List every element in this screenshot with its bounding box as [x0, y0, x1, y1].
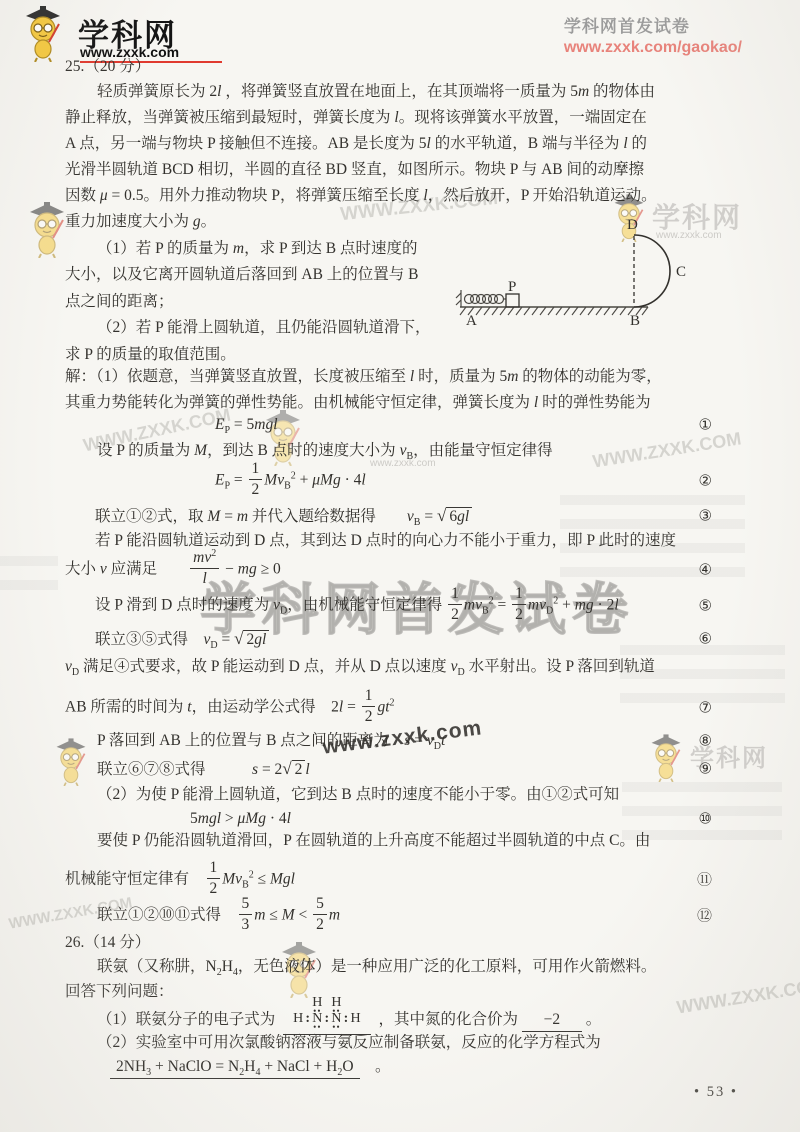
text-line: 回答下列问题： — [65, 981, 712, 1002]
exam-paper-page: 学科网 www.zxxk.com 学科网首发试卷 www.zxxk.com/ga… — [0, 0, 800, 1132]
electron-dot-formula: HH••••H:N:N:H•••• — [283, 998, 371, 1035]
equation-number: ⑧ — [699, 730, 712, 751]
mascot-watermark-icon — [26, 200, 68, 258]
equation-number: ⑤ — [699, 596, 712, 617]
text-line: 光滑半圆轨道 BCD 相切，半圆的直径 BD 竖直，如图所示。物块 P 与 AB… — [65, 159, 712, 180]
electron-dot-cell — [342, 998, 351, 1008]
electron-dot-cell — [351, 1024, 361, 1030]
electron-dot-cell — [293, 1024, 303, 1030]
equation-number: ③ — [699, 506, 712, 527]
electron-dot-cell: H — [351, 1014, 361, 1024]
q26-p1-end: 。 — [586, 1011, 602, 1028]
mascot-watermark — [53, 737, 89, 791]
equation-line: 大小 v 应满足 mv2l − mg ≥ 0④ — [65, 552, 712, 588]
logo-mascot-icon — [22, 4, 64, 67]
mascot-watermark-icon — [53, 737, 89, 786]
text-line: vD 满足④式要求，故 P 能运动到 D 点，并从 D 点以速度 vD 水平射出… — [65, 656, 712, 677]
text-line: 因数 μ = 0.5。用外力推动物块 P，将弹簧压缩至长度 l，然后放开，P 开… — [65, 185, 712, 206]
equation-number: ④ — [699, 560, 712, 581]
equation-line: 设 P 滑到 D 点时的速度为 vD，由机械能守恒定律得 12mvB2 = 12… — [95, 588, 712, 624]
text-line: 联氨（又称肼，N2H4，无色液体）是一种应用广泛的化工原料，可用作火箭燃料。 — [97, 956, 712, 977]
electron-dot-cell: : — [303, 1014, 312, 1024]
text-line: 若 P 能沿圆轨道运动到 D 点，其到达 D 点时的向心力不能小于重力，即 P … — [95, 530, 712, 551]
q26-part1-line: （1）联氨分子的电子式为 HH••••H:N:N:H•••• ，其中氮的化合价为… — [97, 1002, 601, 1039]
electron-dot-cell — [351, 998, 361, 1008]
text-line: 解：（1）依题意，当弹簧竖直放置，长度被压缩至 l 时，质量为 5m 的物体的动… — [65, 366, 712, 387]
text-line: 25.（20 分） — [65, 56, 712, 77]
equation-line: 联立①②⑩⑪式得 53m ≤ M < 52m⑫ — [97, 898, 712, 934]
header-right-title: 学科网首发试卷 — [564, 12, 742, 37]
electron-dot-cell — [293, 998, 303, 1008]
print-through-smudge — [0, 556, 58, 602]
equation-line: AB 所需的时间为 t，由运动学公式得 2l = 12gt2⑦ — [65, 690, 712, 726]
text-line: 求 P 的质量的取值范围。 — [65, 344, 712, 365]
equation-number: ② — [699, 471, 712, 492]
electron-dot-cell: : — [322, 1014, 331, 1024]
header-right: 学科网首发试卷 www.zxxk.com/gaokao/ — [564, 12, 742, 57]
electron-dot-cell — [303, 998, 312, 1008]
electron-dot-cell — [322, 1024, 331, 1030]
text-line: 设 P 的质量为 M，到达 B 点时的速度大小为 vB，由能量守恒定律得 — [97, 440, 712, 461]
text-line: 重力加速度大小为 g。 — [65, 211, 712, 232]
text-line: 26.（14 分） — [65, 932, 712, 953]
q26-p1-mid: ，其中氮的化合价为 — [379, 1011, 519, 1028]
mascot-watermark-icon — [22, 4, 64, 62]
text-line: 静止释放，当弹簧被压缩到最短时，弹簧长度为 l。现将该弹簧水平放置，一端固定在 — [65, 107, 712, 128]
text-line: 点之间的距离； — [65, 291, 712, 312]
text-line: 轻质弹簧原长为 2l ，将弹簧竖直放置在地面上，在其顶端将一质量为 5m 的物体… — [97, 81, 712, 102]
text-line: 2NH3 + NaClO = N2H4 + NaCl + H2O 。 — [110, 1056, 712, 1077]
site-logo: 学科网 www.zxxk.com — [22, 4, 252, 62]
electron-dot-cell — [322, 998, 331, 1008]
equation-line: 联立⑥⑦⑧式得 s = 2√2l⑨ — [97, 758, 712, 780]
equation-number: ⑥ — [699, 629, 712, 650]
text-line: （2）若 P 能滑上圆轨道，且仍能沿圆轨道滑下， — [97, 317, 712, 338]
electron-dot-cell: H — [293, 1014, 303, 1024]
equation-number: ⑫ — [697, 906, 712, 927]
electron-dot-cell: •• — [331, 1024, 341, 1030]
electron-dot-cell: : — [342, 1014, 351, 1024]
electron-dot-cell — [303, 1024, 312, 1030]
equation-line: 机械能守恒定律有 12MvB2 ≤ Mgl⑪ — [65, 862, 712, 898]
page-number: • 53 • — [694, 1084, 738, 1101]
text-line: A 点，另一端与物块 P 接触但不连接。AB 是长度为 5l 的水平轨道，B 端… — [65, 133, 712, 154]
equation-line: 5mgl > μMg · 4l⑩ — [190, 808, 712, 829]
equation-number: ① — [699, 414, 712, 435]
text-line: （1）若 P 的质量为 m，求 P 到达 B 点时速度的 — [97, 238, 712, 259]
text-line: 其重力势能转化为弹簧的弹性势能。由机械能守恒定律，弹簧长度为 l 时的弹性势能为 — [65, 392, 712, 413]
text-line: 大小，以及它离开圆轨道后落回到 AB 上的位置与 B — [65, 264, 712, 285]
text-line: （2）为使 P 能滑上圆轨道，它到达 B 点时的速度不能小于零。由①②式可知 — [97, 784, 712, 805]
equation-line: EP = 12MvB2 + μMg · 4l② — [215, 463, 712, 499]
electron-dot-cell: •• — [312, 1024, 322, 1030]
text-line: 要使 P 仍能沿圆轨道滑回，P 在圆轨道的上升高度不能超过半圆轨道的中点 C。由 — [97, 830, 712, 851]
equation-line: EP = 5mgl① — [215, 414, 712, 435]
equation-line: 联立③⑤式得 vD = √2gl⑥ — [95, 628, 712, 650]
header-right-url: www.zxxk.com/gaokao/ — [564, 39, 742, 57]
equation-number: ⑩ — [699, 808, 712, 829]
equation-number: ⑨ — [699, 759, 712, 780]
electron-dot-cell — [342, 1024, 351, 1030]
q26-p1-pre: （1）联氨分子的电子式为 — [97, 1011, 275, 1028]
valence-answer-blank: −2 — [522, 1011, 582, 1032]
mascot-watermark — [26, 200, 68, 263]
equation-number: ⑦ — [699, 698, 712, 719]
equation-line: P 落回到 AB 上的位置与 B 点之间的距离为 s = vDt⑧ — [97, 730, 712, 751]
equation-number: ⑪ — [697, 870, 712, 891]
equation-line: 联立①②式，取 M = m 并代入题给数据得 vB = √6gl③ — [95, 505, 712, 527]
